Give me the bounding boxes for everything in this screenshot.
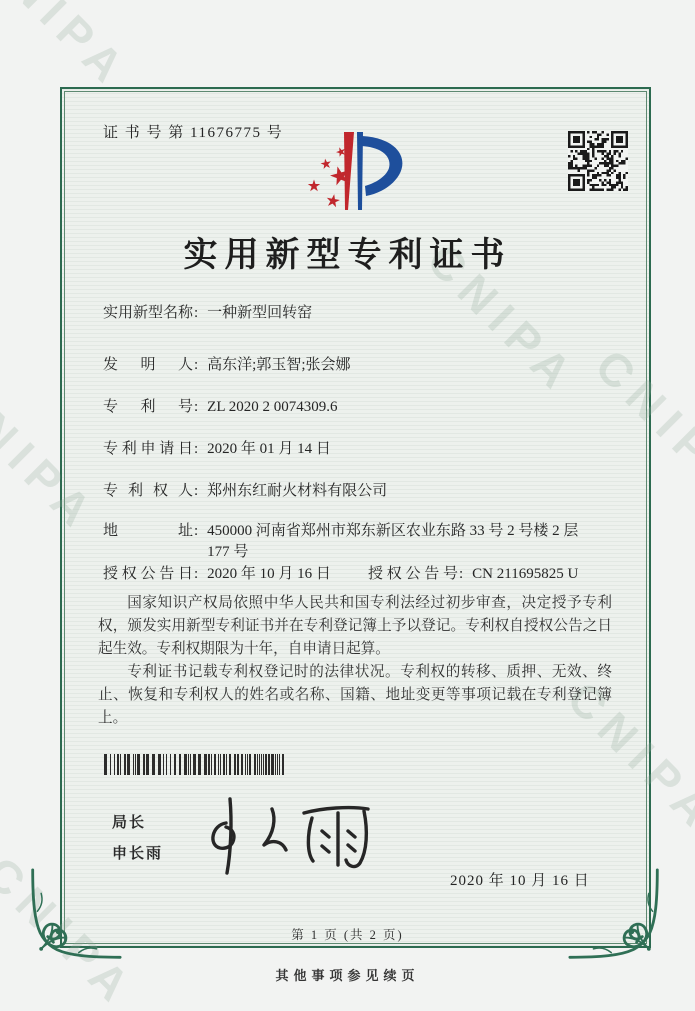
field-row-name: 实用新型名称: 一种新型回转窑 (103, 303, 312, 324)
field-colon: : (194, 303, 198, 324)
grant-no-group: 授权公告号: CN 211695825 U (368, 564, 578, 585)
field-label: 发明人 (103, 355, 193, 376)
field-colon: : (194, 521, 198, 563)
director-name: 申长雨 (112, 842, 163, 863)
patent-certificate-page: CNIPA CNIPA CNIPA CNIPA CNIPA CNIPA 证 书 … (0, 0, 695, 1011)
legal-paragraph-2: 专利证书记载专利权登记时的法律状况。专利权的转移、质押、无效、终止、恢复和专利权… (98, 661, 612, 730)
grant-date-label: 授权公告日 (103, 564, 193, 585)
field-value: 2020 年 01 月 14 日 (207, 439, 331, 460)
qr-code (568, 131, 628, 191)
grant-date-value: 2020 年 10 月 16 日 (207, 564, 331, 585)
certificate-number: 证 书 号 第 11676775 号 (103, 121, 283, 142)
field-row-patent-no: 专利号: ZL 2020 2 0074309.6 (103, 397, 337, 418)
legal-paragraph-1: 国家知识产权局依照中华人民共和国专利法经过初步审查，决定授予专利权，颁发实用新型… (98, 592, 612, 661)
field-colon: : (194, 355, 198, 376)
field-label: 专利号 (103, 397, 193, 418)
field-colon: : (194, 564, 198, 585)
director-title: 局长 (112, 811, 146, 832)
field-label: 专利申请日 (103, 439, 193, 460)
field-row-filing-date: 专利申请日: 2020 年 01 月 14 日 (103, 439, 331, 460)
certificate-title: 实用新型专利证书 (0, 227, 695, 276)
corner-flourish-icon (28, 868, 122, 962)
field-row-patentee: 专利权人: 郑州东红耐火材料有限公司 (103, 481, 387, 502)
certificate-content: 证 书 号 第 11676775 号 (0, 0, 695, 1011)
grant-no-value: CN 211695825 U (472, 564, 578, 585)
cnipa-logo-icon (283, 130, 423, 218)
director-signature (200, 793, 390, 878)
field-colon: : (194, 397, 198, 418)
field-colon: : (459, 564, 463, 585)
field-value: 450000 河南省郑州市郑东新区农业东路 33 号 2 号楼 2 层 177 … (207, 521, 589, 563)
field-label: 实用新型名称 (103, 303, 193, 324)
field-value: ZL 2020 2 0074309.6 (207, 397, 337, 418)
field-label: 地址 (103, 521, 193, 563)
field-value: 高东洋;郭玉智;张会娜 (207, 355, 350, 376)
field-row-address: 地址: 450000 河南省郑州市郑东新区农业东路 33 号 2 号楼 2 层 … (103, 521, 589, 563)
field-colon: : (194, 439, 198, 460)
grant-row: 授权公告日: 2020 年 10 月 16 日 授权公告号: CN 211695… (103, 564, 573, 585)
field-label: 专利权人 (103, 481, 193, 502)
field-row-inventors: 发明人: 高东洋;郭玉智;张会娜 (103, 355, 351, 376)
corner-flourish-icon (568, 868, 662, 962)
field-colon: : (194, 481, 198, 502)
continuation-note: 其他事项参见续页 (0, 965, 695, 984)
field-value: 郑州东红耐火材料有限公司 (207, 481, 387, 502)
legal-paragraphs: 国家知识产权局依照中华人民共和国专利法经过初步审查，决定授予专利权，颁发实用新型… (98, 592, 612, 730)
barcode (104, 754, 289, 775)
field-value: 一种新型回转窑 (207, 303, 312, 324)
grant-no-label: 授权公告号 (368, 564, 458, 585)
